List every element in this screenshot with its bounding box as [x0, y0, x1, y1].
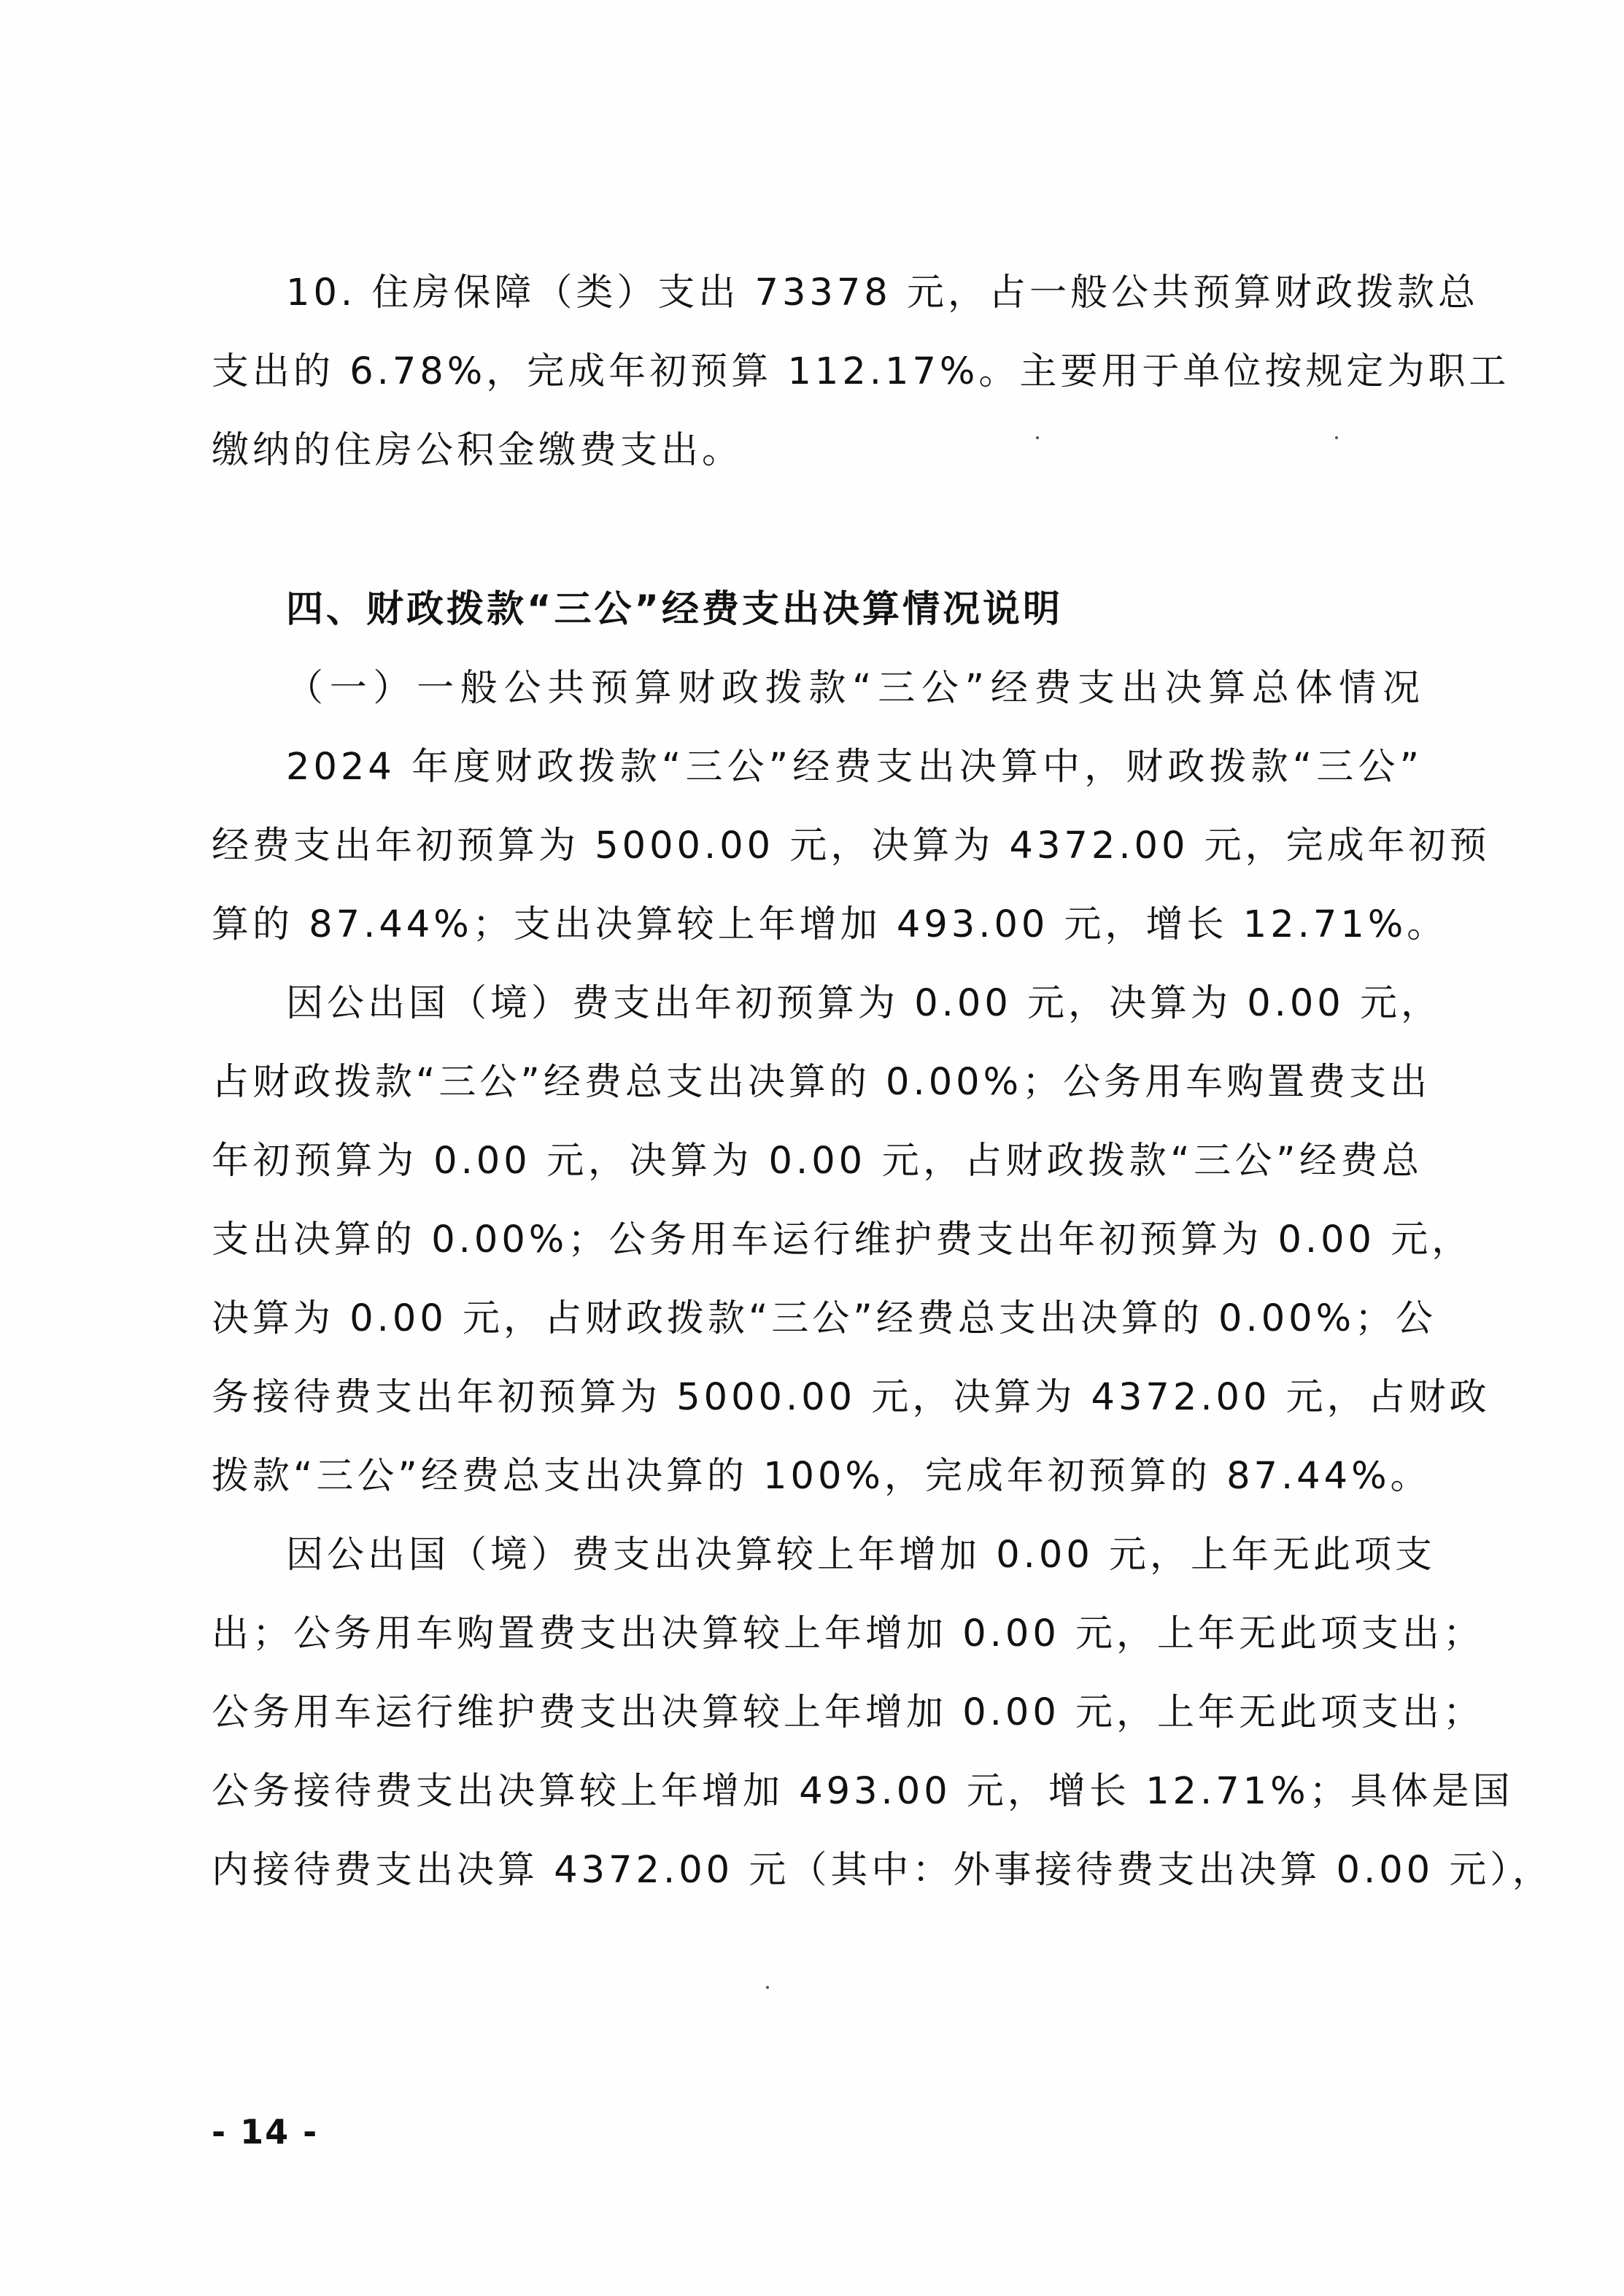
paragraph-overall-line-1: 2024 年度财政拨款“三公”经费支出决算中，财政拨款“三公”	[286, 746, 1423, 789]
scan-speck	[1036, 436, 1039, 439]
paragraph-housing-line-2: 支出的 6.78%，完成年初预算 112.17%。主要用于单位按规定为职工	[212, 350, 1423, 394]
paragraph-housing-line-1: 10. 住房保障（类）支出 73378 元，占一般公共预算财政拨款总	[286, 271, 1423, 315]
paragraph-comparison-line-3: 公务用车运行维护费支出决算较上年增加 0.00 元，上年无此项支出；	[212, 1691, 1423, 1735]
scan-speck	[766, 1986, 769, 1989]
paragraph-breakdown-line-5: 决算为 0.00 元，占财政拨款“三公”经费总支出决算的 0.00%；公	[212, 1297, 1423, 1341]
paragraph-comparison-line-4: 公务接待费支出决算较上年增加 493.00 元，增长 12.71%；具体是国	[212, 1770, 1423, 1814]
paragraph-breakdown-line-1: 因公出国（境）费支出年初预算为 0.00 元，决算为 0.00 元，	[286, 982, 1423, 1026]
paragraph-comparison-line-2: 出；公务用车购置费支出决算较上年增加 0.00 元，上年无此项支出；	[212, 1612, 1423, 1656]
paragraph-comparison-line-5: 内接待费支出决算 4372.00 元（其中：外事接待费支出决算 0.00 元），	[212, 1849, 1423, 1893]
section-heading: 四、财政拨款“三公”经费支出决算情况说明	[286, 588, 1423, 632]
paragraph-overall-line-2: 经费支出年初预算为 5000.00 元，决算为 4372.00 元，完成年初预	[212, 824, 1423, 868]
paragraph-comparison-line-1: 因公出国（境）费支出决算较上年增加 0.00 元，上年无此项支	[286, 1534, 1423, 1577]
paragraph-breakdown-line-6: 务接待费支出年初预算为 5000.00 元，决算为 4372.00 元，占财政	[212, 1376, 1423, 1420]
paragraph-breakdown-line-3: 年初预算为 0.00 元，决算为 0.00 元，占财政拨款“三公”经费总	[212, 1140, 1423, 1183]
page-number: - 14 -	[212, 2112, 318, 2152]
paragraph-breakdown-line-7: 拨款“三公”经费总支出决算的 100%，完成年初预算的 87.44%。	[212, 1455, 1423, 1499]
paragraph-breakdown-line-2: 占财政拨款“三公”经费总支出决算的 0.00%；公务用车购置费支出	[212, 1061, 1423, 1105]
document-page: 10. 住房保障（类）支出 73378 元，占一般公共预算财政拨款总 支出的 6…	[0, 0, 1624, 2296]
paragraph-overall-line-3: 算的 87.44%；支出决算较上年增加 493.00 元，增长 12.71%。	[212, 903, 1423, 947]
scan-speck	[1335, 436, 1338, 439]
subsection-heading: （一）一般公共预算财政拨款“三公”经费支出决算总体情况	[286, 667, 1423, 711]
paragraph-housing-line-3: 缴纳的住房公积金缴费支出。	[212, 429, 1423, 473]
paragraph-breakdown-line-4: 支出决算的 0.00%；公务用车运行维护费支出年初预算为 0.00 元，	[212, 1218, 1423, 1262]
